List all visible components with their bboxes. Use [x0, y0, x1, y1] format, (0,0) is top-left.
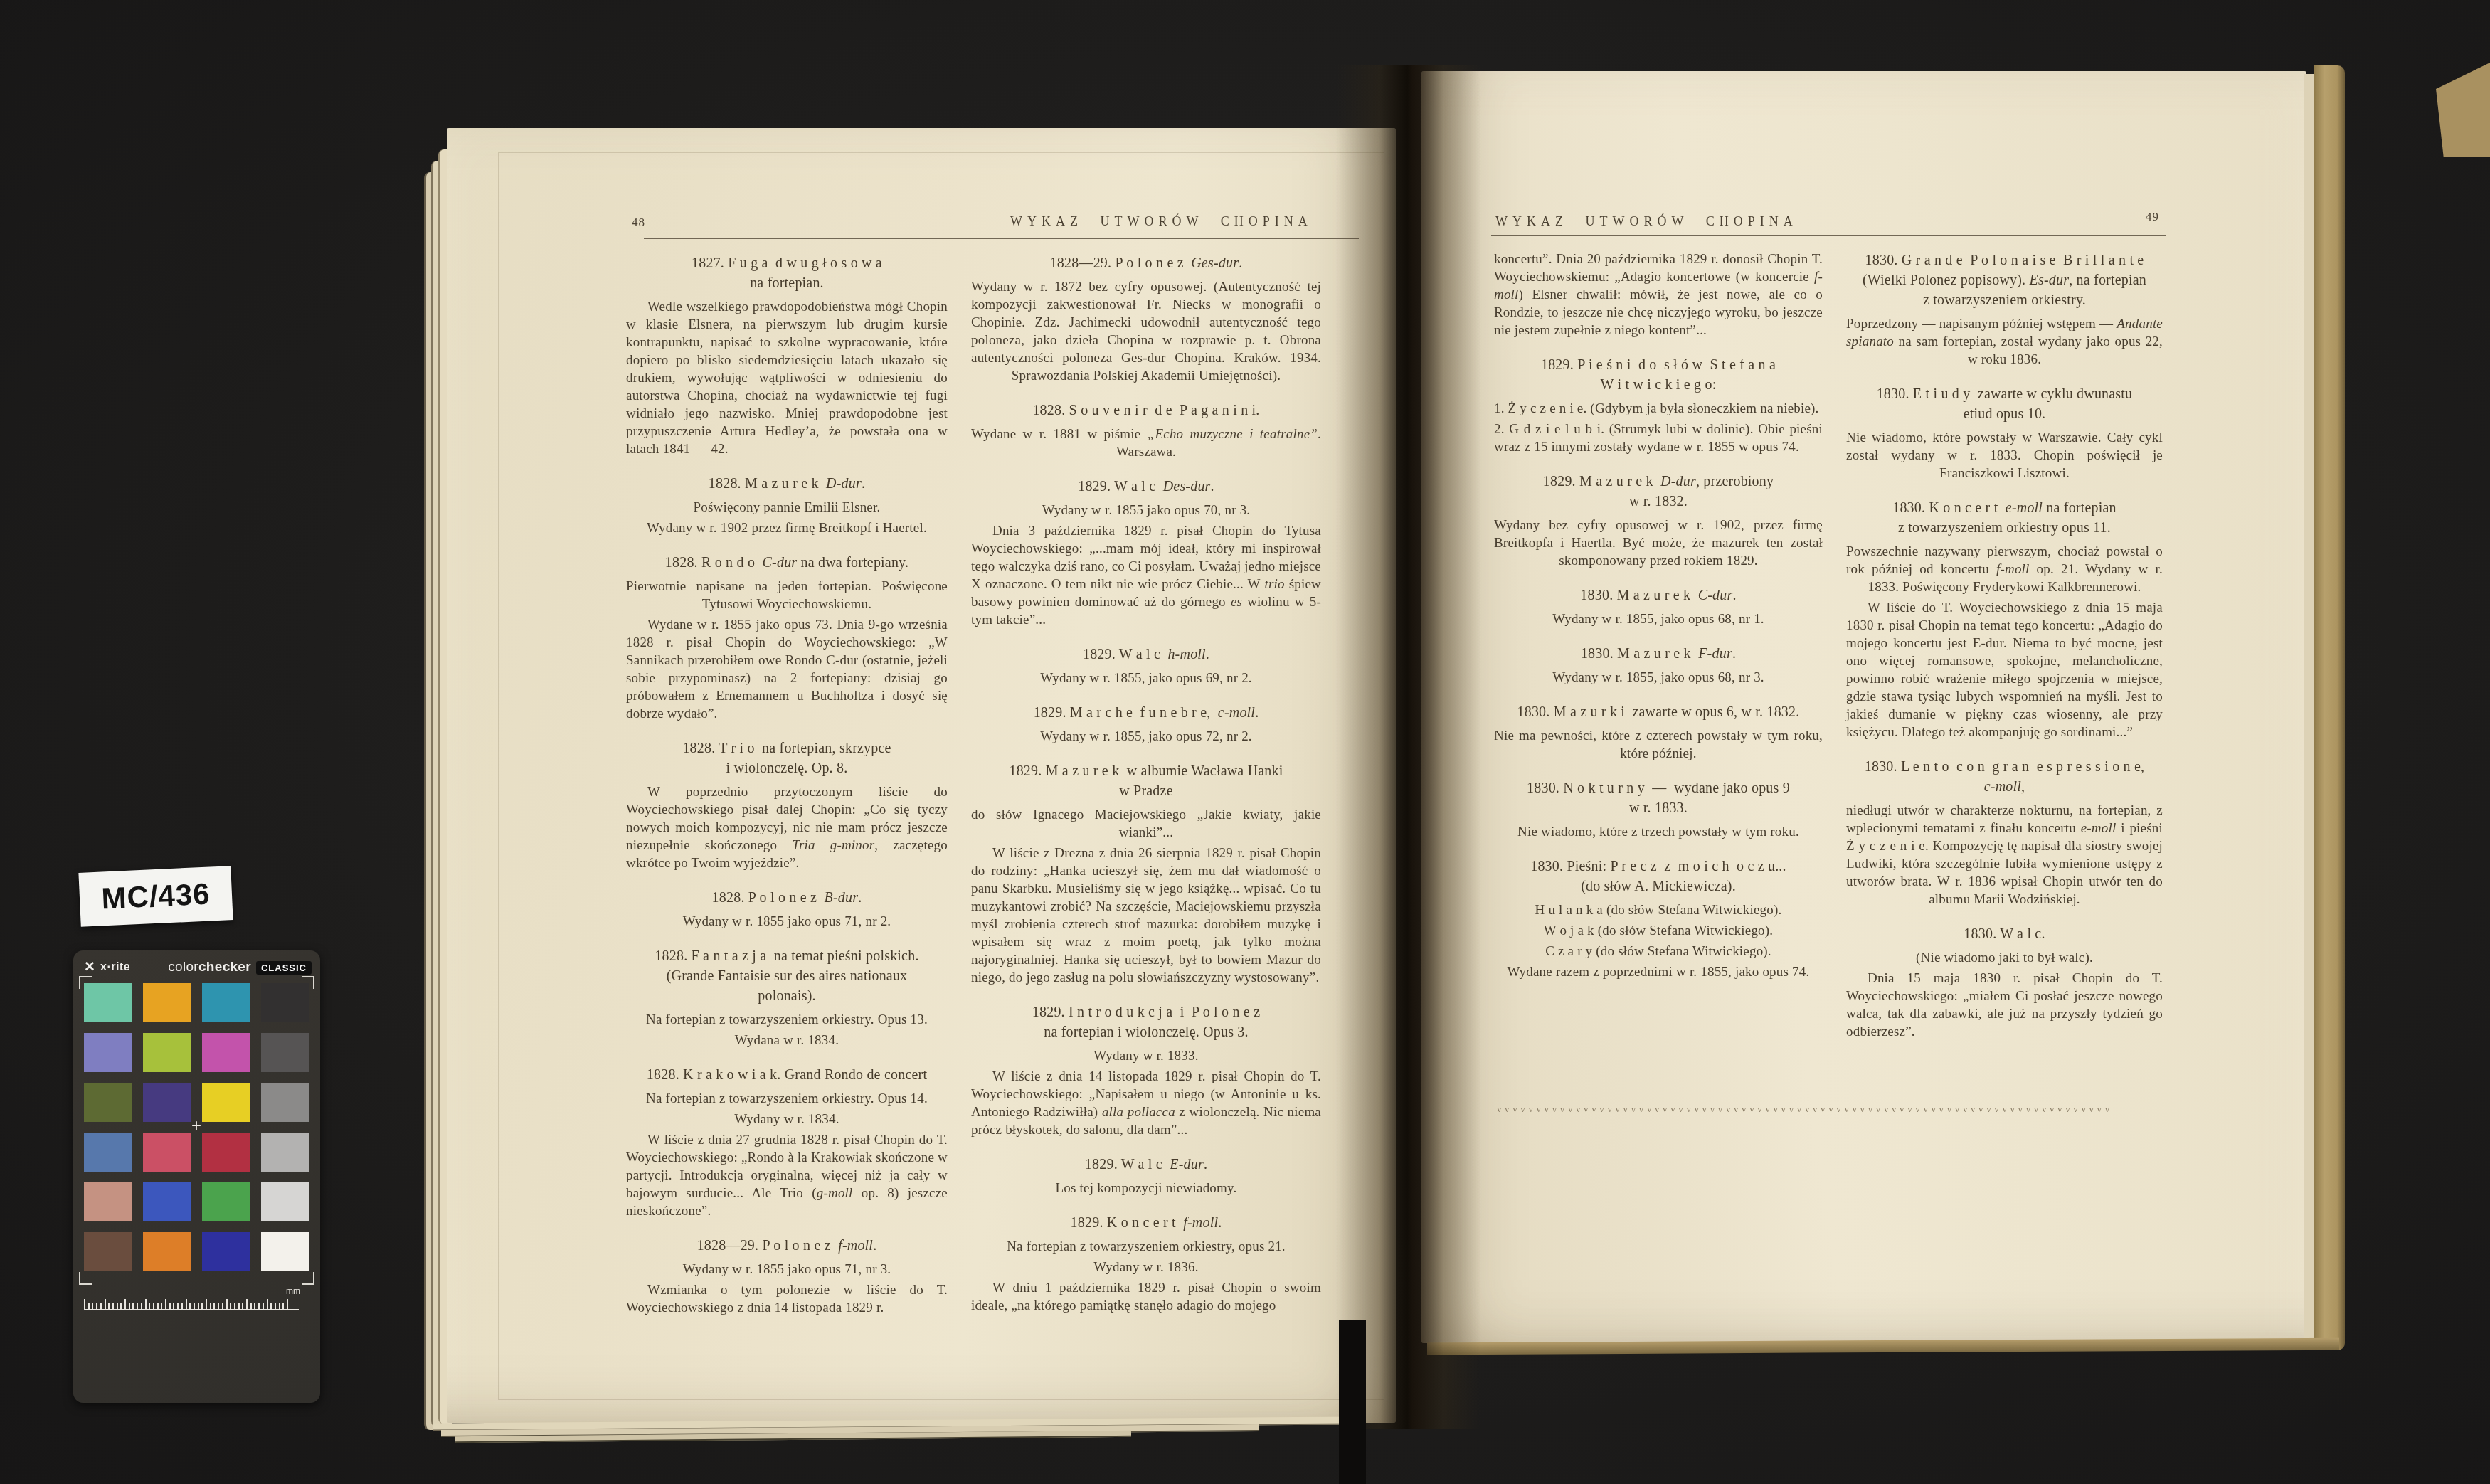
entry-text: 2. G d z i e l u b i. (Strumyk lubi w do… [1494, 420, 1823, 456]
entry-text: Nie wiadomo, które powstały w Warszawie.… [1846, 429, 2163, 482]
entry-heading: 1829. M a r c h e f u n e b r e, c-moll. [971, 703, 1321, 723]
entry-heading: 1829. W a l c Des-dur. [971, 477, 1321, 497]
ruler-tick [206, 1299, 207, 1309]
ruler-tick [165, 1299, 166, 1309]
color-patch [261, 983, 309, 1022]
ruler-tick [88, 1303, 90, 1309]
entry-text: Wydany w r. 1855, jako opus 72, nr 2. [971, 728, 1321, 746]
entry-text: Wydana w r. 1834. [626, 1032, 948, 1049]
ruler-tick [120, 1303, 122, 1309]
entry-text: (Nie wiadomo jaki to był walc). [1846, 949, 2163, 967]
entry-heading: 1828. M a z u r e k D-dur. [626, 474, 948, 494]
colorchecker-wordmark: colorchecker [168, 960, 251, 975]
entry-heading: 1829. W a l c E-dur. [971, 1155, 1321, 1175]
ruler-tick [100, 1303, 102, 1309]
entry-text: Na fortepian z towarzyszeniem orkiestry.… [626, 1011, 948, 1029]
ruler-tick [169, 1303, 171, 1309]
entry-text: Nie wiadomo, które z trzech powstały w t… [1494, 823, 1823, 841]
ruler-tick [145, 1299, 147, 1309]
header-rule-right [1491, 235, 2166, 236]
ruler-tick [124, 1299, 126, 1309]
ruler-tick [157, 1303, 159, 1309]
ruler-tick [275, 1303, 276, 1309]
entry-text: Na fortepian z towarzyszeniem orkiestry.… [626, 1090, 948, 1108]
entry-text: H u l a n k a (do słów Stefana Witwickie… [1494, 901, 1823, 919]
entry-heading: 1830. M a z u r e k C-dur. [1494, 585, 1823, 605]
text-column: koncertu”. Dnia 20 października 1829 r. … [1494, 250, 1823, 984]
page-number-right: 49 [2146, 210, 2159, 224]
entry-text: Wydany w r. 1855 jako opus 71, nr 2. [626, 913, 948, 931]
color-patch [261, 1083, 309, 1122]
entry-heading: 1828. F a n t a z j a na temat pieśni po… [626, 946, 948, 1006]
entry-text: Wedle wszelkiego prawdopodobieństwa mógł… [626, 298, 948, 458]
ruler-tick [238, 1303, 240, 1309]
header-rule-left [644, 238, 1359, 239]
book-cover-corner [2436, 63, 2490, 157]
entry-heading: 1830. G r a n d e P o l o n a i s e B r … [1846, 250, 2163, 310]
running-head-right: WYKAZ UTWORÓW CHOPINA [1495, 214, 1798, 229]
running-head-left: WYKAZ UTWORÓW CHOPINA [1010, 214, 1313, 229]
entry-text: W liście z Drezna z dnia 26 sierpnia 182… [971, 844, 1321, 987]
ruler-tick [198, 1303, 199, 1309]
ruler-tick [92, 1303, 93, 1309]
entry-text: 1. Ż y c z e n i e. (Gdybym ja była słon… [1494, 400, 1823, 418]
entry-text: Wydane w r. 1855 jako opus 73. Dnia 9-go… [626, 616, 948, 723]
entry-text: Pierwotnie napisane na jeden fortepian. … [626, 578, 948, 613]
ruler-tick [270, 1303, 272, 1309]
color-patch [202, 1033, 250, 1072]
book-fold-gap [1339, 1320, 1366, 1484]
ruler-tick [105, 1299, 106, 1309]
ruler-tick [234, 1303, 235, 1309]
color-patch [84, 983, 132, 1022]
entry-heading: 1829. M a z u r e k D-dur, przerobiony w… [1494, 472, 1823, 512]
dotted-separator: vvvvvvvvvvvvvvvvvvvvvvvvvvvvvvvvvvvvvvvv… [1497, 1104, 2158, 1113]
entry-text: W poprzednio przytoczonym liście do Woyc… [626, 783, 948, 872]
ruler-tick [132, 1303, 134, 1309]
entry-text: W o j a k (do słów Stefana Witwickiego). [1494, 922, 1823, 940]
ruler-tick [153, 1303, 154, 1309]
entry-heading: 1828—29. P o l o n e z Ges-dur. [971, 253, 1321, 273]
entry-text: Nie ma pewności, które z czterech powsta… [1494, 727, 1823, 763]
color-patch [202, 1083, 250, 1122]
ruler-tick [117, 1303, 118, 1309]
color-patch [261, 1133, 309, 1172]
entry-text: W dniu 1 października 1829 r. pisał Chop… [971, 1279, 1321, 1315]
entry-heading: 1830. M a z u r k i zawarte w opus 6, w … [1494, 702, 1823, 722]
text-column: 1830. G r a n d e P o l o n a i s e B r … [1846, 250, 2163, 1044]
entry-text: Wydany w r. 1836. [971, 1258, 1321, 1276]
ruler-tick [186, 1299, 187, 1309]
colorchecker-card: ✕ x·rite colorchecker CLASSIC + mm [73, 950, 320, 1403]
entry-text: Powszechnie nazywany pierwszym, chociaż … [1846, 543, 2163, 596]
entry-text: Wydany w r. 1834. [626, 1111, 948, 1128]
entry-heading: 1829. P i e ś n i d o s ł ó w S t e f a … [1494, 355, 1823, 395]
book-cover-edge [2314, 65, 2345, 1350]
photo-stage: 48 WYKAZ UTWORÓW CHOPINA WYKAZ UTWORÓW C… [0, 0, 2490, 1484]
entry-text: Los tej kompozycji niewiadomy. [971, 1180, 1321, 1197]
text-column: 1828—29. P o l o n e z Ges-dur.Wydany w … [971, 253, 1321, 1318]
color-patch [202, 1232, 250, 1271]
ruler-tick [149, 1303, 150, 1309]
entry-heading: 1828. P o l o n e z B-dur. [626, 888, 948, 908]
text-column: 1827. F u g a d w u g ł o s o w a na for… [626, 253, 948, 1320]
entry-text: Wydany w r. 1872 bez cyfry opusowej. (Au… [971, 278, 1321, 385]
entry-heading: 1830. N o k t u r n y — wydane jako opus… [1494, 778, 1823, 818]
entry-heading: 1828—29. P o l o n e z f-moll. [626, 1236, 948, 1256]
entry-text: Wydany w r. 1855 jako opus 70, nr 3. [971, 502, 1321, 519]
ruler-tick [84, 1299, 85, 1309]
color-patch [143, 983, 191, 1022]
color-patch [143, 1182, 191, 1221]
entry-text: niedługi utwór w charakterze nokturnu, n… [1846, 802, 2163, 908]
crop-mark-icon [79, 1272, 92, 1285]
ruler-tick [181, 1303, 183, 1309]
color-patch [84, 1083, 132, 1122]
ruler-tick [258, 1303, 260, 1309]
color-patch [261, 1033, 309, 1072]
shelfmark-label: MC/436 [78, 866, 233, 927]
entry-text: Wydany w r. 1855, jako opus 68, nr 1. [1494, 610, 1823, 628]
ruler-tick [177, 1303, 179, 1309]
entry-heading: 1829. M a z u r e k w albumie Wacława Ha… [971, 761, 1321, 801]
ruler-tick [250, 1303, 252, 1309]
ruler-tick [112, 1303, 114, 1309]
mm-ruler: mm [84, 1290, 299, 1310]
entry-text: W liście z dnia 14 listopada 1829 r. pis… [971, 1068, 1321, 1139]
color-patch [84, 1182, 132, 1221]
ruler-tick [161, 1303, 162, 1309]
entry-text: Wydany bez cyfry opusowej w r. 1902, prz… [1494, 516, 1823, 570]
entry-text: Na fortepian z towarzyszeniem orkiestry,… [971, 1238, 1321, 1256]
color-patch [202, 1182, 250, 1221]
entry-text: Dnia 15 maja 1830 r. pisał Chopin do T. … [1846, 970, 2163, 1041]
ruler-tick [230, 1303, 231, 1309]
entry-text: Wydany w r. 1902 przez firmę Breitkopf i… [626, 519, 948, 537]
entry-heading: 1830. Pieśni: P r e c z z m o i c h o c … [1494, 857, 1823, 896]
entry-text: Wydane razem z poprzednimi w r. 1855, ja… [1494, 963, 1823, 981]
ruler-tick [282, 1303, 284, 1309]
ruler-tick [210, 1303, 211, 1309]
entry-text: W liście z dnia 27 grudnia 1828 r. pisał… [626, 1131, 948, 1220]
entry-heading: 1830. M a z u r e k F-dur. [1494, 644, 1823, 664]
ruler-tick [96, 1303, 97, 1309]
entry-heading: 1830. E t i u d y zawarte w cyklu dwunas… [1846, 384, 2163, 424]
center-cross-mark: + [186, 1115, 207, 1137]
ruler-tick [267, 1299, 268, 1309]
color-patch [202, 983, 250, 1022]
ruler-tick [218, 1303, 219, 1309]
color-patch [84, 1133, 132, 1172]
ruler-tick [222, 1303, 223, 1309]
entry-text: Wydany w r. 1833. [971, 1047, 1321, 1065]
color-patch [84, 1232, 132, 1271]
entry-heading: 1829. W a l c h-moll. [971, 645, 1321, 664]
ruler-tick [137, 1303, 138, 1309]
ruler-tick [246, 1299, 248, 1309]
color-patch [261, 1232, 309, 1271]
entry-heading: 1829. I n t r o d u k c j a i P o l o n … [971, 1002, 1321, 1042]
ruler-tick [129, 1303, 130, 1309]
entry-text: C z a r y (do słów Stefana Witwickiego). [1494, 943, 1823, 960]
ruler-tick [254, 1303, 255, 1309]
crop-mark-icon [302, 1272, 314, 1285]
entry-heading: 1828. K r a k o w i a k. Grand Rondo de … [626, 1065, 948, 1085]
ruler-tick [141, 1303, 142, 1309]
ruler-tick [287, 1299, 288, 1309]
entry-heading: 1830. L e n t o c o n g r a n e s p r e … [1846, 757, 2163, 797]
entry-text: Wydany w r. 1855 jako opus 71, nr 3. [626, 1261, 948, 1278]
ruler-tick [108, 1303, 110, 1309]
color-patch [261, 1182, 309, 1221]
entry-text: do słów Ignacego Maciejowskiego „Jakie k… [971, 806, 1321, 842]
mm-label: mm [286, 1286, 300, 1296]
color-patch [143, 1232, 191, 1271]
entry-text: Poprzedzony — napisanym później wstępem … [1846, 315, 2163, 369]
entry-heading: 1829. K o n c e r t f-moll. [971, 1213, 1321, 1233]
ruler-tick [173, 1303, 174, 1309]
ruler-tick [194, 1303, 195, 1309]
entry-text: Wydany w r. 1855, jako opus 68, nr 3. [1494, 669, 1823, 687]
color-patch [143, 1133, 191, 1172]
page-number-left: 48 [632, 216, 645, 230]
entry-heading: 1828. S o u v e n i r d e P a g a n i n … [971, 401, 1321, 420]
entry-heading: 1830. W a l c. [1846, 924, 2163, 944]
ruler-tick [213, 1303, 215, 1309]
classic-badge: CLASSIC [256, 961, 312, 975]
color-patch [84, 1033, 132, 1072]
entry-text: Wydane w r. 1881 w piśmie „Echo muzyczne… [971, 425, 1321, 461]
entry-text: Wydany w r. 1855, jako opus 69, nr 2. [971, 669, 1321, 687]
entry-heading: 1828. R o n d o C-dur na dwa fortepiany. [626, 553, 948, 573]
ruler-tick [201, 1303, 203, 1309]
entry-heading: 1827. F u g a d w u g ł o s o w a na for… [626, 253, 948, 293]
ruler-tick [279, 1303, 280, 1309]
colorchecker-header: ✕ x·rite colorchecker CLASSIC [82, 958, 312, 977]
ruler-tick [263, 1303, 264, 1309]
entry-heading: 1828. T r i o na fortepian, skrzypce i w… [626, 738, 948, 778]
xrite-brand-text: x·rite [100, 961, 130, 974]
ruler-tick [189, 1303, 191, 1309]
entry-text: W liście do T. Woyciechowskiego z dnia 1… [1846, 599, 2163, 741]
entry-heading: 1830. K o n c e r t e-moll na fortepian … [1846, 498, 2163, 538]
color-patch [202, 1133, 250, 1172]
ruler-tick [242, 1303, 243, 1309]
color-patch [143, 1033, 191, 1072]
entry-text: Poświęcony pannie Emilii Elsner. [626, 499, 948, 516]
color-patch [143, 1083, 191, 1122]
entry-text: koncertu”. Dnia 20 października 1829 r. … [1494, 250, 1823, 339]
xrite-logo-icon: ✕ [82, 960, 97, 975]
shelfmark-text: MC/436 [100, 877, 211, 916]
entry-text: Dnia 3 października 1829 r. pisał Chopin… [971, 522, 1321, 629]
ruler-tick [226, 1299, 228, 1309]
entry-text: Wzmianka o tym polonezie w liście do T. … [626, 1281, 948, 1317]
